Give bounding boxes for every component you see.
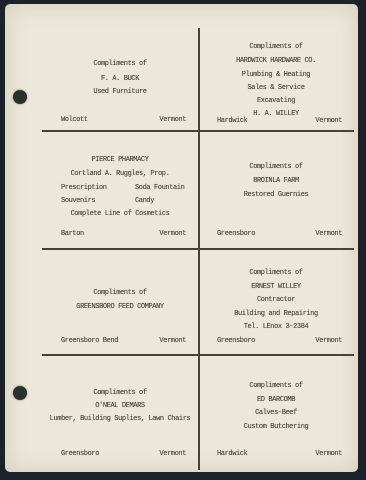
ad-compliments-line: Compliments of xyxy=(198,163,354,172)
ad-phone-line: Tel. LEnox 3-2384 xyxy=(198,323,354,332)
ad-compliments-line: Compliments of xyxy=(42,389,198,398)
hole-punch-top xyxy=(13,90,27,104)
ad-business-name: PIERCE PHARMACY xyxy=(42,156,198,165)
ad-service-line: Custom Butchering xyxy=(198,423,354,432)
ad-business-name: O'NEAL DEMARS xyxy=(42,402,198,411)
ad-tagline: Used Furniture xyxy=(42,88,198,97)
ad-city: Greensboro xyxy=(217,230,255,239)
ad-state: Vermont xyxy=(159,116,186,125)
ad-tagline: Restored Guernies xyxy=(198,191,354,200)
ad-city: Barton xyxy=(61,230,84,239)
ad-state: Vermont xyxy=(315,117,342,126)
ad-fa-buck: Compliments of F. A. BUCK Used Furniture… xyxy=(42,28,198,131)
ad-state: Vermont xyxy=(159,450,186,459)
ad-service-left: Prescription xyxy=(61,184,107,193)
ad-tagline: Lumber, Building Suplies, Lawn Chairs xyxy=(42,415,198,424)
ad-business-name: ED BARCOMB xyxy=(198,396,354,405)
ad-pierce-pharmacy: PIERCE PHARMACY Cortland A. Ruggles, Pro… xyxy=(42,131,198,249)
ad-service-line: Excavating xyxy=(198,97,354,106)
ad-service-right: Candy xyxy=(135,197,154,206)
ad-location-row: Wolcott Vermont xyxy=(42,116,198,125)
ad-location-row: Greensboro Vermont xyxy=(198,337,354,346)
ad-city: Wolcott xyxy=(61,116,88,125)
ad-oneal-demars: Compliments of O'NEAL DEMARS Lumber, Bui… xyxy=(42,355,198,470)
ad-state: Vermont xyxy=(315,450,342,459)
hole-punch-bottom xyxy=(13,386,27,400)
ad-location-row: Hardwick Vermont xyxy=(198,117,354,126)
ad-service-line: Contractor xyxy=(198,296,354,305)
ad-business-name: GREENSBORO FEED COMPANY xyxy=(42,303,198,312)
ad-service-left: Souvenirs xyxy=(61,197,95,206)
ad-ernest-willey: Compliments of ERNEST WILLEY Contractor … xyxy=(198,249,354,355)
ad-compliments-line: Compliments of xyxy=(42,60,198,69)
scan-frame: Compliments of F. A. BUCK Used Furniture… xyxy=(0,0,366,480)
ad-city: Greensboro Bend xyxy=(61,337,118,346)
paper-page: Compliments of F. A. BUCK Used Furniture… xyxy=(5,4,358,472)
ad-ed-barcomb: Compliments of ED BARCOMB Calves-Beef Cu… xyxy=(198,355,354,470)
ad-city: Greensboro xyxy=(217,337,255,346)
ad-state: Vermont xyxy=(315,337,342,346)
ad-service-line: Plumbing & Heating xyxy=(198,71,354,80)
ad-service-line: Sales & Service xyxy=(198,84,354,93)
ad-proprietor-line: Cortland A. Ruggles, Prop. xyxy=(42,170,198,179)
ad-service-pair: Prescription Soda Fountain xyxy=(42,184,198,193)
ad-compliments-line: Compliments of xyxy=(42,289,198,298)
ad-location-row: Barton Vermont xyxy=(42,230,198,239)
ad-location-row: Greensboro Bend Vermont xyxy=(42,337,198,346)
ad-business-name: HARDWICK HARDWARE CO. xyxy=(198,57,354,66)
ad-greensboro-feed: Compliments of GREENSBORO FEED COMPANY G… xyxy=(42,249,198,355)
ad-location-row: Greensboro Vermont xyxy=(42,450,198,459)
ad-city: Hardwick xyxy=(217,117,247,126)
ad-service-line: Calves-Beef xyxy=(198,409,354,418)
ad-location-row: Greensboro Vermont xyxy=(198,230,354,239)
ad-hardwick-hardware: Compliments of HARDWICK HARDWARE CO. Plu… xyxy=(198,28,354,131)
ad-business-name: BROINLA FARM xyxy=(198,177,354,186)
ad-service-line: Building and Repairing xyxy=(198,310,354,319)
ad-tagline: Complete Line of Cosmetics xyxy=(42,210,198,219)
ad-state: Vermont xyxy=(159,230,186,239)
ad-compliments-line: Compliments of xyxy=(198,269,354,278)
ad-service-right: Soda Fountain xyxy=(135,184,184,193)
ad-city: Hardwick xyxy=(217,450,247,459)
ad-city: Greensboro xyxy=(61,450,99,459)
ad-state: Vermont xyxy=(315,230,342,239)
ad-business-name: ERNEST WILLEY xyxy=(198,283,354,292)
ad-service-pair: Souvenirs Candy xyxy=(42,197,198,206)
ad-broinla-farm: Compliments of BROINLA FARM Restored Gue… xyxy=(198,131,354,249)
ad-compliments-line: Compliments of xyxy=(198,382,354,391)
ad-location-row: Hardwick Vermont xyxy=(198,450,354,459)
ad-state: Vermont xyxy=(159,337,186,346)
ad-business-name: F. A. BUCK xyxy=(42,75,198,84)
ad-compliments-line: Compliments of xyxy=(198,43,354,52)
